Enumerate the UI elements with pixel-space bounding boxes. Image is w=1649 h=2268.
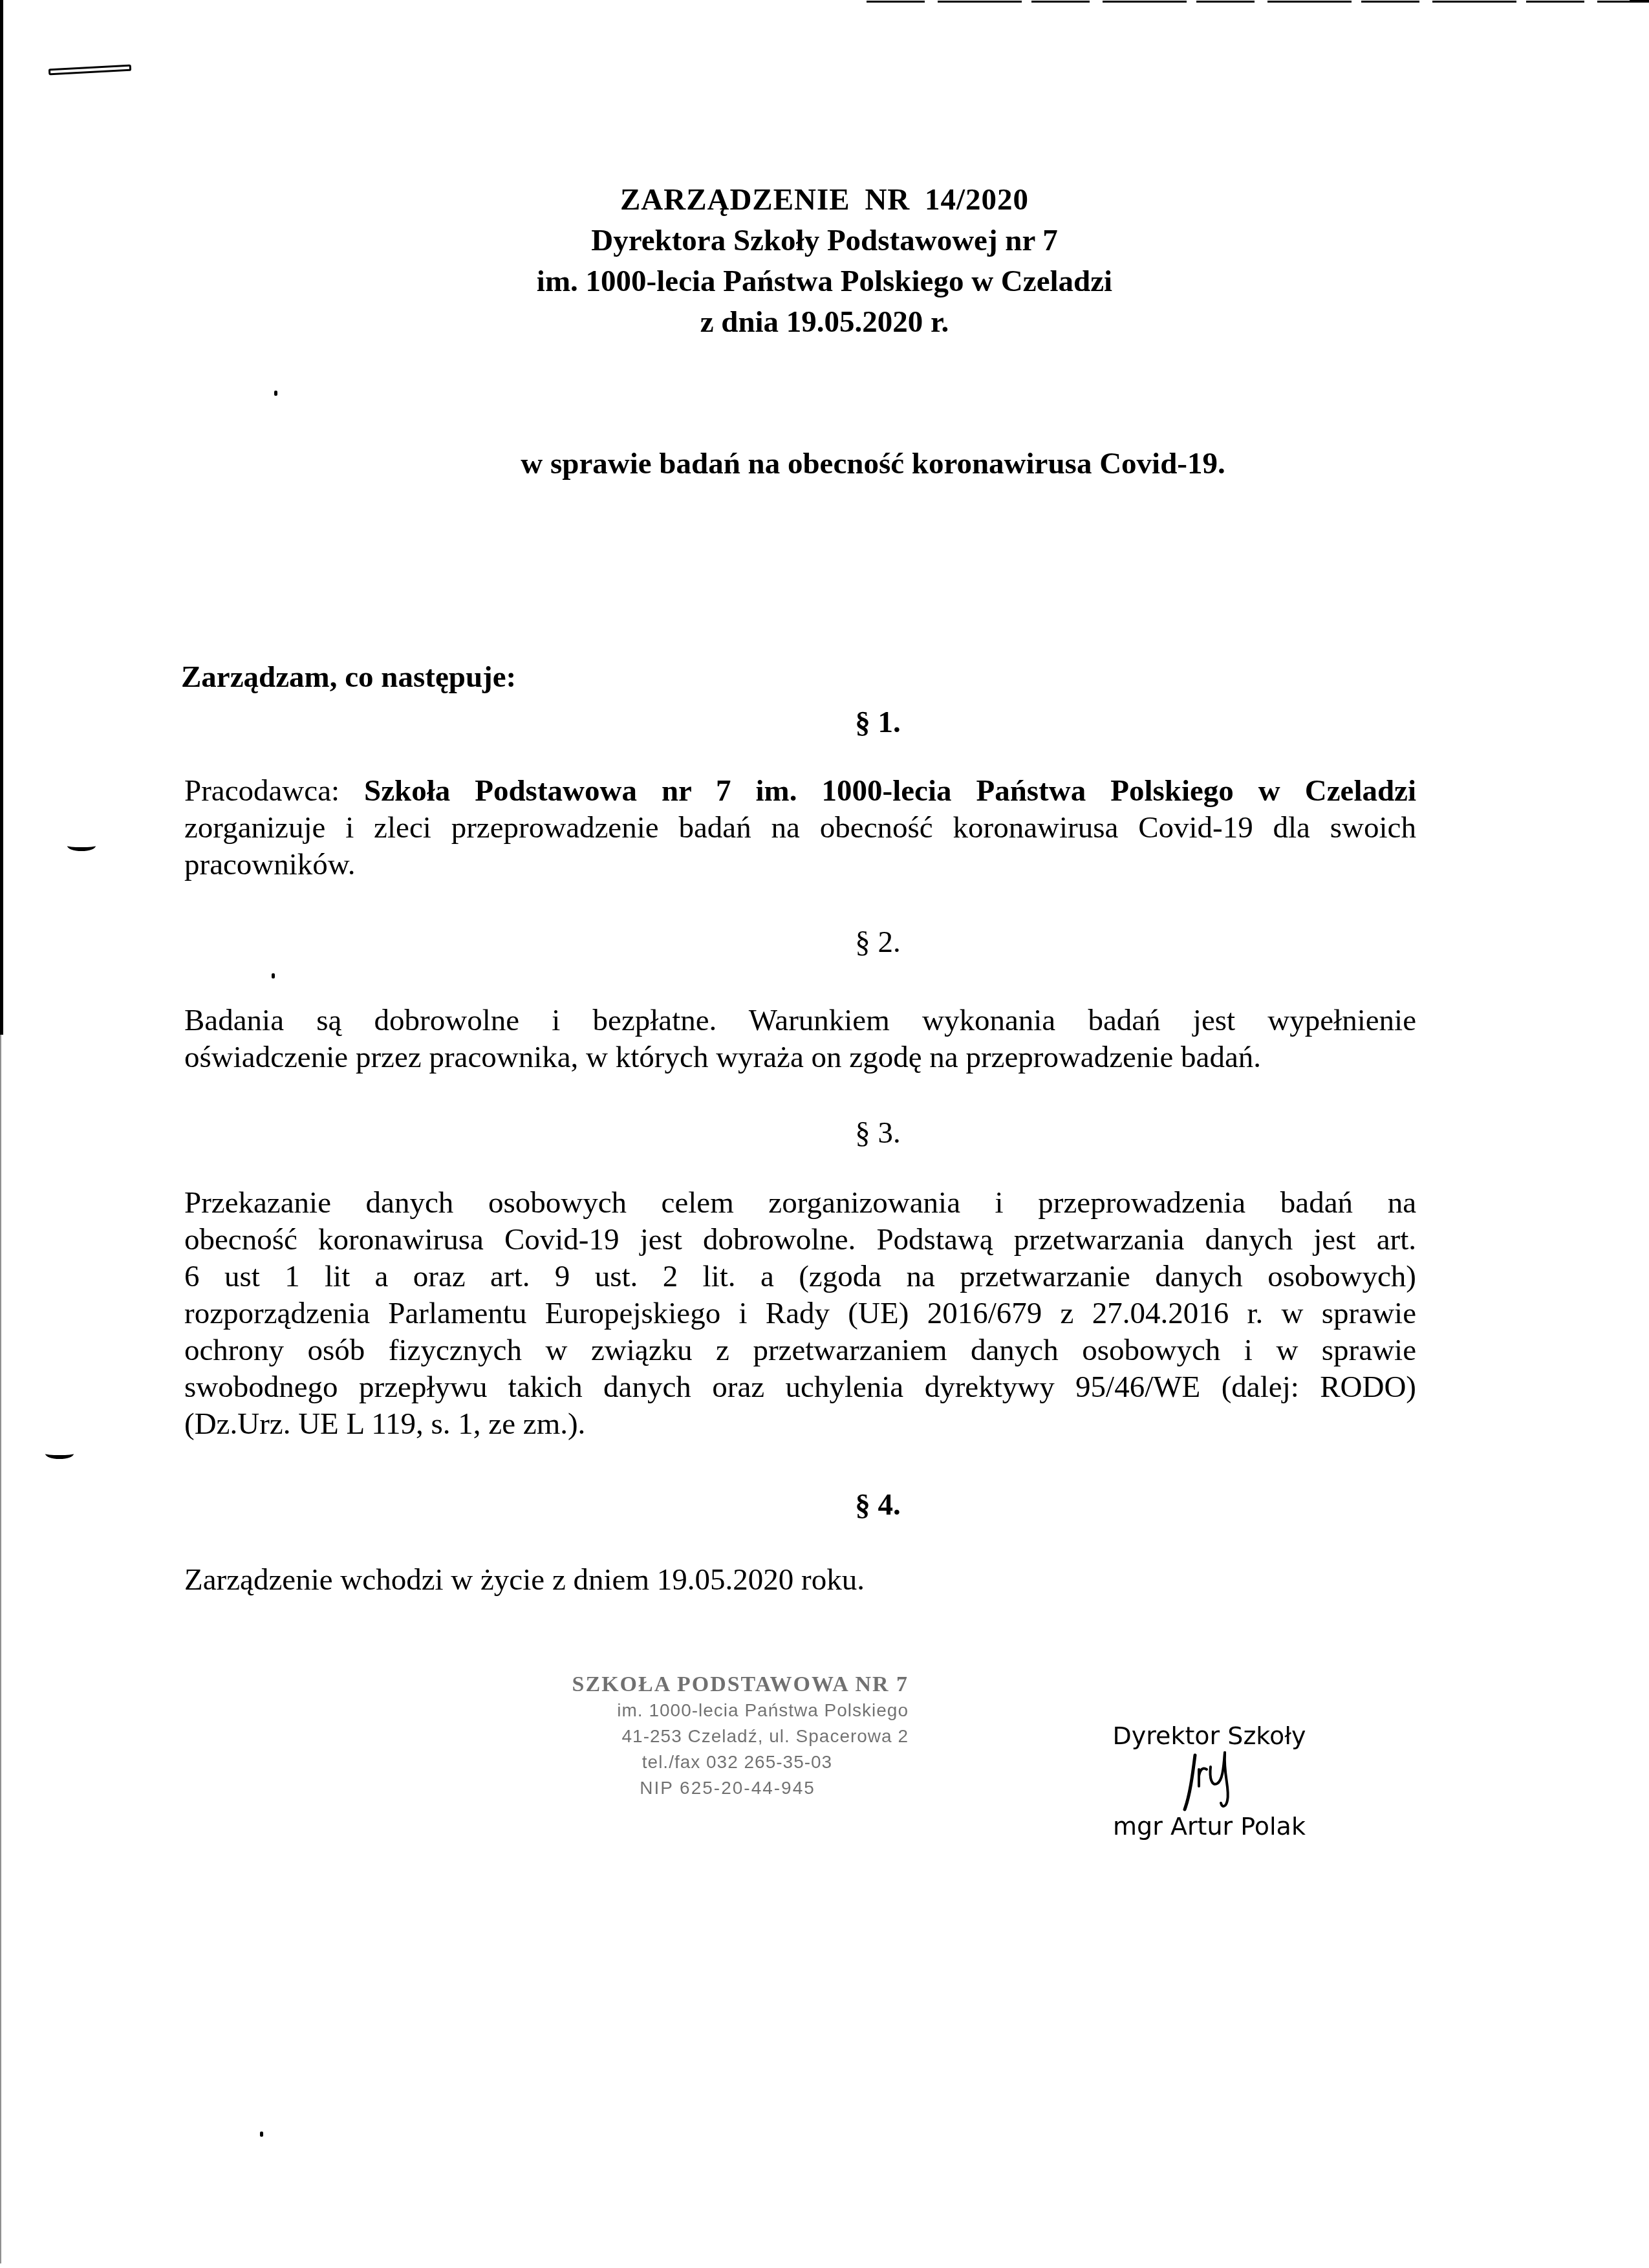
scan-edge-artifact (0, 0, 3, 1035)
paragraph-line: Przekazanie danych osobowych celem zorga… (184, 1185, 1416, 1222)
stamp-line: tel./fax 032 265-35-03 (546, 1749, 909, 1775)
document-subject: w sprawie badań na obecność koronawirusa… (0, 446, 1649, 481)
stamp-line: SZKOŁA PODSTAWOWA NR 7 (546, 1672, 909, 1698)
scan-edge-artifact (0, 1035, 1, 2263)
intro-statement: Zarządzam, co następuje: (181, 660, 516, 695)
school-stamp: SZKOŁA PODSTAWOWA NR 7 im. 1000-lecia Pa… (546, 1672, 909, 1801)
section-2-text: Badania są dobrowolne i bezpłatne. Warun… (184, 1002, 1416, 1076)
document-header: ZARZĄDZENIE NR 14/2020 Dyrektora Szkoły … (0, 180, 1649, 343)
scan-top-line-artifact (867, 1, 1630, 3)
employer-label: Pracodawca: (184, 774, 364, 808)
scan-speck (274, 391, 277, 396)
school-name-line: im. 1000-lecia Państwa Polskiego w Czela… (0, 261, 1649, 302)
stamp-line: NIP 625-20-44-945 (546, 1775, 909, 1801)
paragraph-line: oświadczenie przez pracownika, w których… (184, 1039, 1416, 1076)
paragraph-line: Zarządzenie wchodzi w życie z dniem 19.0… (184, 1562, 865, 1599)
section-3-mark: § 3. (0, 1116, 1649, 1150)
paragraph-line: (Dz.Urz. UE L 119, s. 1, ze zm.). (184, 1406, 1416, 1443)
document-title: ZARZĄDZENIE NR 14/2020 (0, 180, 1649, 221)
issuer-line: Dyrektora Szkoły Podstawowej nr 7 (0, 221, 1649, 261)
binder-hole-mark (67, 841, 96, 851)
scan-speck (272, 973, 275, 978)
signatory-title: Dyrektor Szkoły (1073, 1722, 1345, 1750)
section-1-text: Pracodawca: Szkoła Podstawowa nr 7 im. 1… (184, 773, 1416, 883)
handwritten-signature-icon (1170, 1750, 1248, 1815)
section-1-mark: § 1. (0, 705, 1649, 740)
stamp-line: im. 1000-lecia Państwa Polskiego (546, 1698, 909, 1723)
employer-name: Szkoła Podstawowa nr 7 im. 1000-lecia Pa… (364, 774, 1416, 808)
paragraph-line: swobodnego przepływu takich danych oraz … (184, 1369, 1416, 1406)
paragraph-line: rozporządzenia Parlamentu Europejskiego … (184, 1295, 1416, 1332)
section-2-mark: § 2. (0, 925, 1649, 960)
scan-corner-artifact (1630, 0, 1649, 3)
pen-mark (48, 65, 131, 76)
section-4-text: Zarządzenie wchodzi w życie z dniem 19.0… (184, 1562, 865, 1599)
paragraph-line: 6 ust 1 lit a oraz art. 9 ust. 2 lit. a … (184, 1258, 1416, 1295)
section-3-text: Przekazanie danych osobowych celem zorga… (184, 1185, 1416, 1443)
document-date: z dnia 19.05.2020 r. (0, 302, 1649, 343)
paragraph-line: obecność koronawirusa Covid-19 jest dobr… (184, 1222, 1416, 1258)
scan-speck (260, 2132, 263, 2137)
stamp-line: 41-253 Czeladź, ul. Spacerowa 2 (546, 1723, 909, 1749)
signature-block: Dyrektor Szkoły mgr Artur Polak (1073, 1722, 1345, 1841)
paragraph-line: Badania są dobrowolne i bezpłatne. Warun… (184, 1002, 1416, 1039)
paragraph-line: ochrony osób fizycznych w związku z prze… (184, 1332, 1416, 1369)
binder-hole-mark (45, 1449, 74, 1459)
signatory-name: mgr Artur Polak (1073, 1812, 1345, 1841)
section-4-mark: § 4. (0, 1487, 1649, 1522)
paragraph-line: Pracodawca: Szkoła Podstawowa nr 7 im. 1… (184, 773, 1416, 810)
paragraph-line: pracowników. (184, 847, 1416, 883)
paragraph-line: zorganizuje i zleci przeprowadzenie bada… (184, 810, 1416, 847)
